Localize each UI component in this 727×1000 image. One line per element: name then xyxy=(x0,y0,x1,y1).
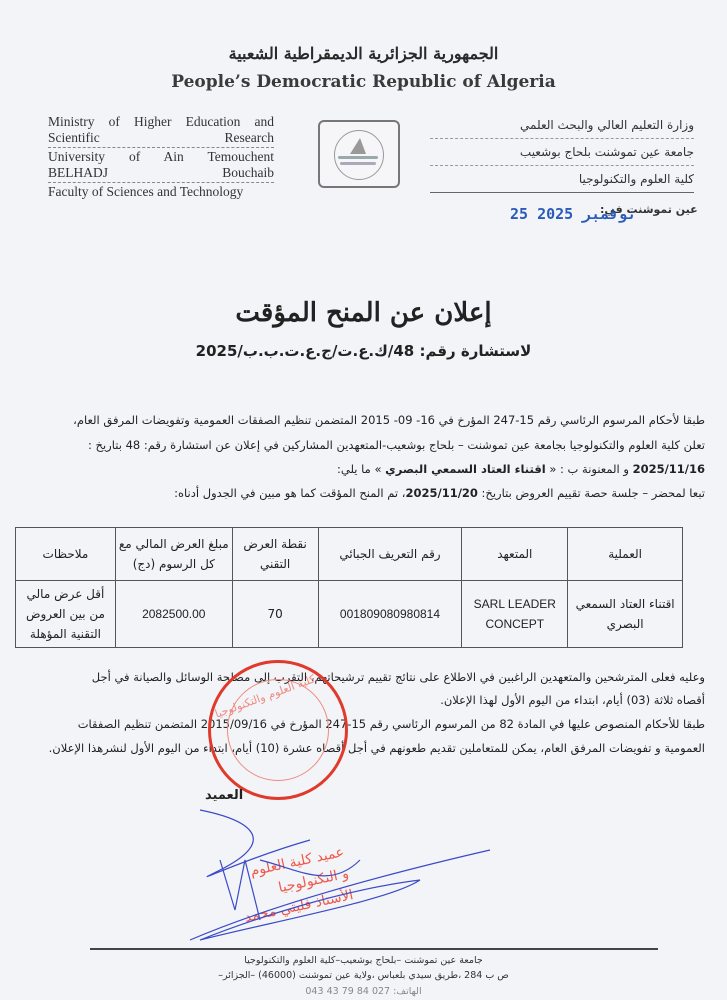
document-title: إعلان عن المنح المؤقت xyxy=(0,298,727,328)
evaluation-date: 2025/11/20 xyxy=(405,486,477,500)
footer-contact: الهاتف: 027 84 79 43 043 xyxy=(0,986,727,997)
paragraph-deadline-3-days: أقصاه ثلاثة (03) أيام، ابتداء من اليوم ا… xyxy=(15,693,705,707)
consultation-object: اقتناء العتاد السمعي البصري xyxy=(385,462,546,476)
official-stamp-icon xyxy=(208,660,348,800)
university-name-ar: جامعة عين تموشنت بلحاج بوشعيب xyxy=(430,139,694,166)
university-logo-icon xyxy=(318,120,400,188)
footer-address: ص ب 284 ،طريق سيدي بلعباس ،ولاية عين تمو… xyxy=(0,970,727,981)
paragraph-evaluation: تبعا لمحضر – جلسة حصة تقييم العروض بتاري… xyxy=(15,486,705,500)
consultation-number: لاستشارة رقم: 48/ك.ع.ت/ج.ع.ت.ب.ب/2025 xyxy=(0,342,727,360)
header-operation: العملية xyxy=(568,528,683,581)
header-notes: ملاحظات xyxy=(16,528,116,581)
header-tax-id: رقم التعريف الجبائي xyxy=(318,528,462,581)
faculty-name-en: Faculty of Sciences and Technology xyxy=(48,184,274,201)
institution-block-arabic: وزارة التعليم العالي والبحث العلمي جامعة… xyxy=(430,112,694,193)
footer-divider xyxy=(90,948,658,950)
header-technical-score: نقطة العرض التقني xyxy=(232,528,318,581)
cell-operation: اقتناء العتاد السمعي البصري xyxy=(568,581,683,648)
paragraph-legal-basis: طبقا لأحكام المرسوم الرئاسي رقم 15-247 ا… xyxy=(15,413,705,427)
header-bidder: المتعهد xyxy=(462,528,568,581)
date-value: 25 نوفمبر 2025 xyxy=(510,205,636,223)
cell-tax-id: 001809080980814 xyxy=(318,581,462,648)
cell-notes: أقل عرض مالي من بين العروض التقنية المؤه… xyxy=(16,581,116,648)
country-name-arabic: الجمهورية الجزائرية الديمقراطية الشعبية xyxy=(0,44,727,63)
object-end: » ما يلي: xyxy=(337,462,385,476)
cell-technical-score: 70 xyxy=(232,581,318,648)
faculty-name-ar: كلية العلوم والتكنولوجيا xyxy=(430,166,694,193)
cell-amount: 2082500.00 xyxy=(115,581,232,648)
object-intro: و المعنونة ب : « xyxy=(546,462,633,476)
footer-institution: جامعة عين تموشنت –بلحاج بوشعيب–كلية العل… xyxy=(0,955,727,966)
ministry-name-en: Ministry of Higher Education and Scienti… xyxy=(48,114,274,148)
paragraph-appeal-basis: طبقا للأحكام المنصوص عليها في المادة 82 … xyxy=(15,717,705,731)
award-table: العملية المتعهد رقم التعريف الجبائي نقطة… xyxy=(15,527,683,648)
ministry-name-ar: وزارة التعليم العالي والبحث العلمي xyxy=(430,112,694,139)
institution-block-english: Ministry of Higher Education and Scienti… xyxy=(48,114,274,202)
paragraph-object: 2025/11/16 و المعنونة ب : « اقتناء العتا… xyxy=(15,462,705,476)
university-name-en: University of Ain Temouchent BELHADJ Bou… xyxy=(48,149,274,183)
consultation-date: 2025/11/16 xyxy=(633,462,705,476)
country-name-english: People’s Democratic Republic of Algeria xyxy=(0,72,727,92)
paragraph-appeal-deadline: العمومية و تفويضات المرفق العام، يمكن لل… xyxy=(15,741,705,755)
paragraph-announcement: تعلن كلية العلوم والتكنولوجيا بجامعة عين… xyxy=(15,438,705,452)
evaluation-end: ، تم المنح المؤقت كما هو مبين في الجدول … xyxy=(174,486,405,500)
paragraph-consultation-results: وعليه فعلى المترشحين والمتعهدين الراغبين… xyxy=(15,670,705,684)
table-row: اقتناء العتاد السمعي البصري SARL LEADER … xyxy=(16,581,683,648)
table-header-row: العملية المتعهد رقم التعريف الجبائي نقطة… xyxy=(16,528,683,581)
header-amount: مبلغ العرض المالي مع كل الرسوم (دج) xyxy=(115,528,232,581)
handwritten-signature-icon xyxy=(160,800,500,950)
cell-bidder: SARL LEADER CONCEPT xyxy=(462,581,568,648)
evaluation-intro: تبعا لمحضر – جلسة حصة تقييم العروض بتاري… xyxy=(478,486,705,500)
